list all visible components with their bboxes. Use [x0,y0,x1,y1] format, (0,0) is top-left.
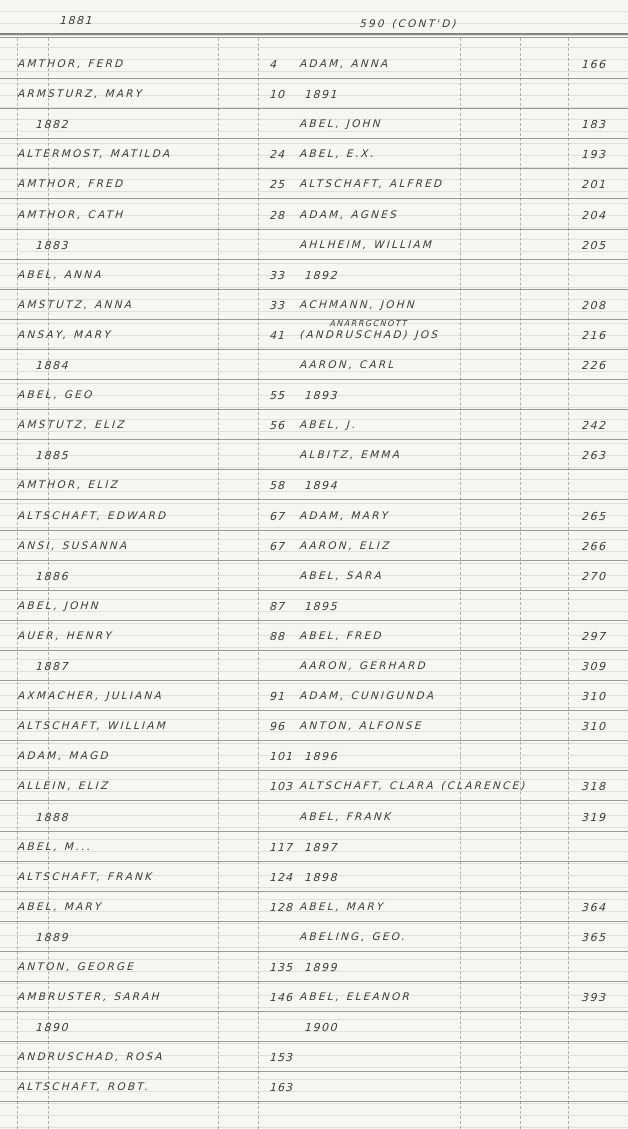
year-heading: 1899 [305,961,340,974]
entry-name: ALTERMOST, MATILDA [18,148,173,160]
year-heading: 1894 [305,479,340,492]
year-heading: 1888 [36,811,71,824]
row-rule [0,259,628,260]
entry-name: ABELING, GEO. [300,931,408,943]
entry-name: AMSTUTZ, ANNA [18,299,135,311]
entry-name: ABEL, JOHN [18,600,102,612]
row-rule [0,831,628,832]
entry-number: 87 [270,600,287,613]
entry-number: 28 [270,209,287,222]
entry-name: AMBRUSTER, SARAH [18,991,162,1003]
year-heading: 1895 [305,600,340,613]
entry-page: 265 [582,510,608,523]
row-rule [0,530,628,531]
entry-name: ABEL, MARY [300,901,386,913]
entry-number: 58 [270,479,287,492]
entry-name: AMTHOR, CATH [18,209,126,221]
row-rule [0,229,628,230]
entry-page: 364 [582,901,608,914]
entry-name: AUER, HENRY [18,630,115,642]
row-rule [0,1101,628,1102]
entry-name: ALTSCHAFT, EDWARD [18,510,169,522]
entry-number: 67 [270,510,287,523]
entry-page: 166 [582,58,608,71]
entry-name: ABEL, FRED [300,630,384,642]
entry-number: 101 [270,750,295,763]
entry-number: 24 [270,148,287,161]
entry-name: AARON, CARL [300,359,397,371]
entry-number: 10 [270,88,287,101]
entry-name: ANDRUSCHAD, ROSA [18,1051,165,1063]
entry-name: ANSI, SUSANNA [18,540,130,552]
entry-number: 25 [270,178,287,191]
row-rule [0,981,628,982]
entry-number: 103 [270,780,295,793]
entry-number: 153 [270,1051,295,1064]
row-rule [0,891,628,892]
year-heading: 1885 [36,449,71,462]
header-rule [0,37,628,38]
entry-name: ABEL, M... [18,841,93,853]
year-heading: 1893 [305,389,340,402]
entry-page: 266 [582,540,608,553]
row-rule [0,590,628,591]
entry-number: 135 [270,961,295,974]
row-rule [0,620,628,621]
row-rule [0,861,628,862]
row-rule [0,1011,628,1012]
entry-name: ABEL, J. [300,419,358,431]
year-heading: 1897 [305,841,340,854]
row-rule [0,560,628,561]
year-heading: 1900 [305,1021,340,1034]
year-heading: 1886 [36,570,71,583]
entry-name: ABEL, E.X. [300,148,377,160]
entry-name: ABEL, ELEANOR [300,991,413,1003]
entry-number: 4 [270,58,279,71]
entry-name: ABEL, JOHN [300,118,384,130]
entry-page: 205 [582,239,608,252]
entry-page: 201 [582,178,608,191]
row-rule [0,650,628,651]
entry-page: 183 [582,118,608,131]
entry-number: 163 [270,1081,295,1094]
entry-number: 33 [270,269,287,282]
entry-name: AXMACHER, JULIANA [18,690,165,702]
entry-page: 270 [582,570,608,583]
year-heading: 1892 [305,269,340,282]
row-rule [0,409,628,410]
entry-page: 310 [582,720,608,733]
entry-page: 309 [582,660,608,673]
entry-name: AMTHOR, ELIZ [18,479,121,491]
row-rule [0,770,628,771]
entry-name: ALBITZ, EMMA [300,449,403,461]
entry-page: 297 [582,630,608,643]
column-rule [218,38,220,1129]
row-rule [0,289,628,290]
entry-number: 91 [270,690,287,703]
entry-name: ANTON, GEORGE [18,961,137,973]
entry-name: ADAM, MAGD [18,750,111,762]
entry-number: 56 [270,419,287,432]
entry-name: ALTSCHAFT, WILLIAM [18,720,169,732]
entry-number: 146 [270,991,295,1004]
entry-page: 365 [582,931,608,944]
column-rule [520,38,522,1129]
entry-number: 128 [270,901,295,914]
year-heading: 1898 [305,871,340,884]
entry-name: ALLEIN, ELIZ [18,780,111,792]
entry-page: 226 [582,359,608,372]
year-heading: 1887 [36,660,71,673]
entry-page: 242 [582,419,608,432]
row-rule [0,680,628,681]
year-heading: 1883 [36,239,71,252]
entry-page: 310 [582,690,608,703]
entry-number: 88 [270,630,287,643]
entry-page: 204 [582,209,608,222]
year-heading: 1890 [36,1021,71,1034]
entry-name: ABEL, SARA [300,570,385,582]
row-rule [0,168,628,169]
entry-name: ABEL, MARY [18,901,104,913]
entry-number: 117 [270,841,295,854]
entry-name: AMTHOR, FERD [18,58,126,70]
entry-name: ADAM, AGNES [300,209,400,221]
entry-number: 124 [270,871,295,884]
ledger-page: 1881 590 (CONT'D) AMTHOR, FERD4ARMSTURZ,… [0,0,628,1129]
row-rule [0,740,628,741]
entry-number: 67 [270,540,287,553]
entry-name: AMTHOR, FRED [18,178,126,190]
entry-page: 263 [582,449,608,462]
entry-page: 216 [582,329,608,342]
header-year: 1881 [60,14,95,27]
row-rule [0,469,628,470]
row-rule [0,951,628,952]
header-continuation: 590 (CONT'D) [360,18,460,30]
year-heading: 1884 [36,359,71,372]
row-rule [0,800,628,801]
entry-page: 319 [582,811,608,824]
entry-name: ALTSCHAFT, CLARA (CLARENCE) [300,780,528,792]
year-heading: 1889 [36,931,71,944]
entry-number: 55 [270,389,287,402]
row-rule [0,319,628,320]
entry-name: AARON, ELIZ [300,540,392,552]
entry-name: ANSAY, MARY [18,329,114,341]
row-rule [0,1041,628,1042]
entry-name: ANTON, ALFONSE [300,720,424,732]
entry-name: ABEL, ANNA [18,269,104,281]
row-rule [0,78,628,79]
row-rule [0,710,628,711]
entry-number: 41 [270,329,287,342]
column-rule [258,38,260,1129]
entry-name: AMSTUTZ, ELIZ [18,419,128,431]
year-heading: 1891 [305,88,340,101]
entry-number: 33 [270,299,287,312]
entry-name: (ANDRUSCHAD) JOS [300,329,441,341]
entry-name: ADAM, CUNIGUNDA [300,690,437,702]
column-rule [568,38,570,1129]
entry-name: ALTSCHAFT, ALFRED [300,178,445,190]
row-rule [0,108,628,109]
entry-name: ALTSCHAFT, ROBT. [18,1081,151,1093]
year-heading: 1882 [36,118,71,131]
row-rule [0,1071,628,1072]
entry-page: 193 [582,148,608,161]
entry-page: 318 [582,780,608,793]
header-rule [0,33,628,35]
entry-alias: ANARRGCNOTT [330,319,409,328]
entry-name: ABEL, GEO [18,389,95,401]
entry-name: ACHMANN, JOHN [300,299,418,311]
row-rule [0,349,628,350]
entry-page: 208 [582,299,608,312]
column-rule [460,38,462,1129]
row-rule [0,921,628,922]
entry-name: ADAM, ANNA [300,58,391,70]
entry-name: AARON, GERHARD [300,660,429,672]
entry-name: AHLHEIM, WILLIAM [300,239,435,251]
entry-page: 393 [582,991,608,1004]
entry-name: ARMSTURZ, MARY [18,88,145,100]
row-rule [0,499,628,500]
row-rule [0,138,628,139]
year-heading: 1896 [305,750,340,763]
row-rule [0,439,628,440]
entry-number: 96 [270,720,287,733]
entry-name: ABEL, FRANK [300,811,394,823]
entry-name: ADAM, MARY [300,510,391,522]
row-rule [0,198,628,199]
row-rule [0,379,628,380]
entry-name: ALTSCHAFT, FRANK [18,871,155,883]
